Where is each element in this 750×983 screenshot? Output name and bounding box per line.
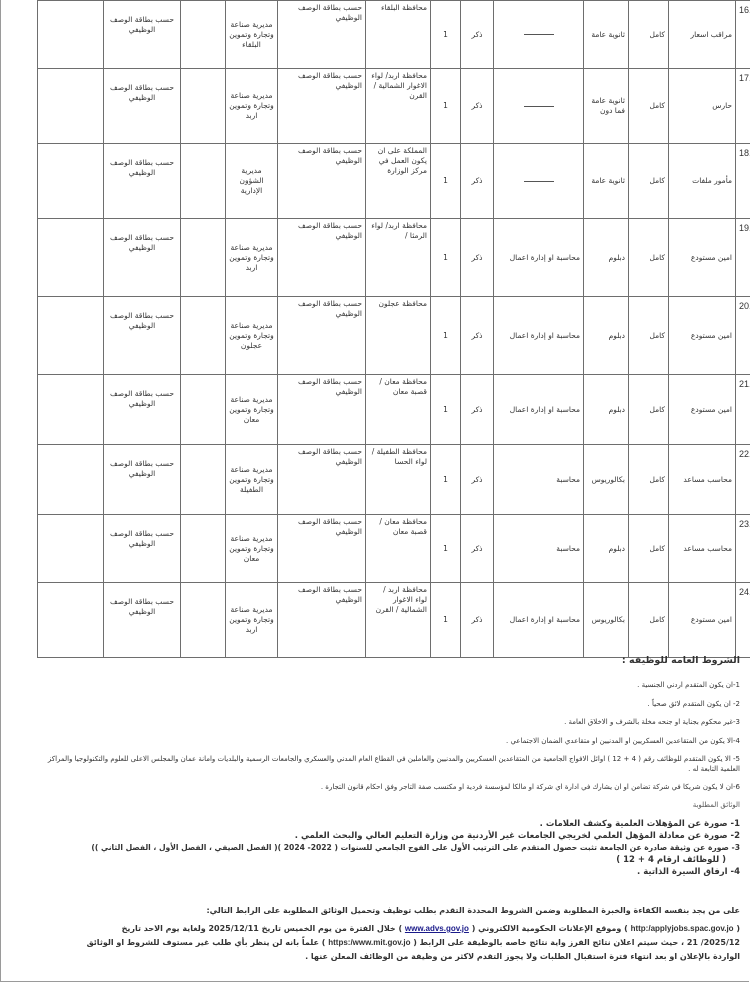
empty-dash — [524, 181, 554, 182]
location-cell: المملكة على ان يكون العمل في مركز الوزار… — [366, 144, 431, 219]
directorate-cell: مديرية صناعة وتجارة وتموين اربد — [226, 219, 278, 297]
experience-cell: حسب بطاقة الوصف الوظيفي — [278, 144, 366, 219]
job-title-cell: مراقب اسعار — [669, 1, 736, 69]
table-row: حسب بطاقة الوصف الوظيفيمديرية صناعة وتجا… — [38, 219, 750, 297]
directorate-cell: مديرية الشؤون الإدارية — [226, 144, 278, 219]
footer-line-1: ( http:/applyjobs.spac.gov.jo ) وموقع ال… — [8, 922, 740, 936]
row-number: 20. — [736, 297, 750, 375]
employment-type-cell: كامل — [629, 297, 669, 375]
blank-cell — [181, 583, 226, 658]
job-title-cell: حارس — [669, 69, 736, 144]
table-row: حسب بطاقة الوصف الوظيفيمديرية صناعة وتجا… — [38, 515, 750, 583]
blank-cell — [38, 297, 104, 375]
blank-cell — [181, 219, 226, 297]
job-title-cell: امين مستودع — [669, 375, 736, 445]
job-title-cell: مأمور ملفات — [669, 144, 736, 219]
table-row: حسب بطاقة الوصف الوظيفيمديرية صناعة وتجا… — [38, 1, 750, 69]
job-title-cell: امين مستودع — [669, 297, 736, 375]
blank-cell — [38, 69, 104, 144]
condition-2: 2- ان يكون المتقدم لائق صحياً . — [648, 699, 741, 709]
qualification-cell: دبلوم — [584, 219, 629, 297]
salary-cell: حسب بطاقة الوصف الوظيفي — [104, 144, 181, 219]
directorate-cell: مديرية صناعة وتجارة وتموين البلقاء — [226, 1, 278, 69]
row-number: 22. — [736, 445, 750, 515]
location-cell: محافظة معان / قصبة معان — [366, 515, 431, 583]
document-1: 1- صورة عن المؤهلات العلمية وكشف العلاما… — [91, 818, 740, 830]
employment-type-cell: كامل — [629, 445, 669, 515]
count-cell: 1 — [431, 297, 461, 375]
gender-cell: ذكر — [461, 144, 494, 219]
general-conditions-title: الشروط العامه للوظيفه : — [622, 656, 740, 666]
qualification-cell: دبلوم — [584, 375, 629, 445]
footer-intro: على من يجد بنفسه الكفاءة والخبرة المطلوب… — [8, 904, 740, 918]
specialization-cell — [494, 69, 584, 144]
salary-cell: حسب بطاقة الوصف الوظيفي — [104, 515, 181, 583]
qualification-cell: بكالوريوس — [584, 445, 629, 515]
job-title-cell: امين مستودع — [669, 583, 736, 658]
empty-dash — [524, 106, 554, 107]
blank-cell — [38, 445, 104, 515]
experience-cell: حسب بطاقة الوصف الوظيفي — [278, 445, 366, 515]
qualification-cell: ثانوية عامة — [584, 144, 629, 219]
specialization-cell: محاسبة او إدارة اعمال — [494, 297, 584, 375]
directorate-cell: مديرية صناعة وتجارة وتموين عجلون — [226, 297, 278, 375]
count-cell: 1 — [431, 375, 461, 445]
location-cell: محافظة معان / قصبة معان — [366, 375, 431, 445]
location-cell: محافظة اربد/ لواء الاغوار الشمالية / الق… — [366, 69, 431, 144]
footer-line-2: 2025/12/ 21 ، حيث سيتم اعلان نتائج الفرز… — [8, 936, 740, 950]
specialization-cell: محاسبة او إدارة اعمال — [494, 219, 584, 297]
qualification-cell: دبلوم — [584, 515, 629, 583]
location-cell: محافظة اربد / لواء الاغوار الشمالية / ال… — [366, 583, 431, 658]
gender-cell: ذكر — [461, 219, 494, 297]
apply-link[interactable]: http:/applyjobs.spac.gov.jo — [631, 924, 734, 933]
blank-cell — [181, 375, 226, 445]
salary-cell: حسب بطاقة الوصف الوظيفي — [104, 375, 181, 445]
blank-cell — [38, 219, 104, 297]
table-row: حسب بطاقة الوصف الوظيفيمديرية الشؤون الإ… — [38, 144, 750, 219]
count-cell: 1 — [431, 1, 461, 69]
table-row: حسب بطاقة الوصف الوظيفيمديرية صناعة وتجا… — [38, 445, 750, 515]
directorate-cell: مديرية صناعة وتجارة وتموين اربد — [226, 69, 278, 144]
location-cell: محافظة اربد/ لواء الرمثا / — [366, 219, 431, 297]
row-number: 21. — [736, 375, 750, 445]
required-documents-title: الوثائق المطلوبة — [693, 800, 740, 810]
gender-cell: ذكر — [461, 1, 494, 69]
count-cell: 1 — [431, 69, 461, 144]
location-cell: محافظة عجلون — [366, 297, 431, 375]
location-cell: محافظة البلقاء — [366, 1, 431, 69]
directorate-cell: مديرية صناعة وتجارة وتموين معان — [226, 515, 278, 583]
salary-cell: حسب بطاقة الوصف الوظيفي — [104, 1, 181, 69]
salary-cell: حسب بطاقة الوصف الوظيفي — [104, 445, 181, 515]
salary-cell: حسب بطاقة الوصف الوظيفي — [104, 219, 181, 297]
salary-cell: حسب بطاقة الوصف الوظيفي — [104, 69, 181, 144]
count-cell: 1 — [431, 583, 461, 658]
specialization-cell — [494, 144, 584, 219]
blank-cell — [181, 69, 226, 144]
blank-cell — [38, 1, 104, 69]
location-cell: محافظة الطفيلة / لواء الحسا — [366, 445, 431, 515]
blank-cell — [38, 144, 104, 219]
qualification-cell: ثانوية عامة — [584, 1, 629, 69]
document-3: 3- صورة عن وثيقة صادرة عن الجامعة تثبت ح… — [91, 842, 740, 854]
gender-cell: ذكر — [461, 375, 494, 445]
experience-cell: حسب بطاقة الوصف الوظيفي — [278, 375, 366, 445]
gender-cell: ذكر — [461, 583, 494, 658]
blank-cell — [181, 297, 226, 375]
blank-cell — [38, 515, 104, 583]
jobs-table: حسب بطاقة الوصف الوظيفيمديرية صناعة وتجا… — [37, 0, 750, 658]
row-number: 18. — [736, 144, 750, 219]
qualification-cell: بكالوريوس — [584, 583, 629, 658]
table-row: حسب بطاقة الوصف الوظيفيمديرية صناعة وتجا… — [38, 583, 750, 658]
employment-type-cell: كامل — [629, 583, 669, 658]
condition-6: 6-ان لا يكون شريكا في شركة تضامن او ان ي… — [321, 782, 740, 792]
job-title-cell: محاسب مساعد — [669, 515, 736, 583]
ads-link[interactable]: www.advs.gov.jo — [405, 924, 469, 933]
blank-cell — [181, 1, 226, 69]
specialization-cell: محاسبة او إدارة اعمال — [494, 375, 584, 445]
row-number: 23. — [736, 515, 750, 583]
salary-cell: حسب بطاقة الوصف الوظيفي — [104, 583, 181, 658]
gender-cell: ذكر — [461, 297, 494, 375]
experience-cell: حسب بطاقة الوصف الوظيفي — [278, 69, 366, 144]
required-documents-list: 1- صورة عن المؤهلات العلمية وكشف العلاما… — [91, 818, 740, 878]
job-title-cell: امين مستودع — [669, 219, 736, 297]
gender-cell: ذكر — [461, 445, 494, 515]
count-cell: 1 — [431, 144, 461, 219]
row-number: 17. — [736, 69, 750, 144]
specialization-cell: محاسبة او إدارة اعمال — [494, 583, 584, 658]
employment-type-cell: كامل — [629, 375, 669, 445]
document-4: 4- ارفاق السيرة الذاتية . — [91, 866, 740, 878]
condition-1: 1-ان يكون المتقدم اردني الجنسية . — [637, 680, 740, 690]
experience-cell: حسب بطاقة الوصف الوظيفي — [278, 1, 366, 69]
qualification-cell: ثانوية عامة فما دون — [584, 69, 629, 144]
condition-4: 4-الا يكون من المتقاعدين العسكريين او ال… — [506, 736, 740, 746]
experience-cell: حسب بطاقة الوصف الوظيفي — [278, 515, 366, 583]
directorate-cell: مديرية صناعة وتجارة وتموين اربد — [226, 583, 278, 658]
mit-link[interactable]: https:/www.mit.gov.jo — [328, 938, 410, 947]
employment-type-cell: كامل — [629, 69, 669, 144]
row-number: 19. — [736, 219, 750, 297]
footer-line-3: الواردة بالإعلان او بعد انتهاء فترة استق… — [8, 950, 740, 964]
blank-cell — [181, 515, 226, 583]
blank-cell — [181, 445, 226, 515]
gender-cell: ذكر — [461, 69, 494, 144]
specialization-cell: محاسبة — [494, 445, 584, 515]
employment-type-cell: كامل — [629, 515, 669, 583]
blank-cell — [181, 144, 226, 219]
count-cell: 1 — [431, 445, 461, 515]
employment-type-cell: كامل — [629, 144, 669, 219]
row-number: 24. — [736, 583, 750, 658]
directorate-cell: مديرية صناعة وتجارة وتموين الطفيلة — [226, 445, 278, 515]
application-instructions: على من يجد بنفسه الكفاءة والخبرة المطلوب… — [8, 904, 740, 964]
job-title-cell: محاسب مساعد — [669, 445, 736, 515]
experience-cell: حسب بطاقة الوصف الوظيفي — [278, 583, 366, 658]
salary-cell: حسب بطاقة الوصف الوظيفي — [104, 297, 181, 375]
specialization-cell: محاسبة — [494, 515, 584, 583]
employment-type-cell: كامل — [629, 1, 669, 69]
count-cell: 1 — [431, 515, 461, 583]
employment-type-cell: كامل — [629, 219, 669, 297]
directorate-cell: مديرية صناعة وتجارة وتموين معان — [226, 375, 278, 445]
table-row: حسب بطاقة الوصف الوظيفيمديرية صناعة وتجا… — [38, 69, 750, 144]
specialization-cell — [494, 1, 584, 69]
empty-dash — [524, 34, 554, 35]
gender-cell: ذكر — [461, 515, 494, 583]
document-3-note: ( للوظائف ارقام 4 + 12 ) — [91, 854, 740, 866]
condition-3: 3-غير محكوم بجناية او جنحه مخلة بالشرف و… — [564, 717, 740, 727]
row-number: 16. — [736, 1, 750, 69]
experience-cell: حسب بطاقة الوصف الوظيفي — [278, 219, 366, 297]
experience-cell: حسب بطاقة الوصف الوظيفي — [278, 297, 366, 375]
document-2: 2- صورة عن معادلة المؤهل العلمي لخريجي ا… — [91, 830, 740, 842]
blank-cell — [38, 375, 104, 445]
qualification-cell: دبلوم — [584, 297, 629, 375]
table-row: حسب بطاقة الوصف الوظيفيمديرية صناعة وتجا… — [38, 375, 750, 445]
condition-5: 5- الا يكون المتقدم للوظائف رقم ( 4 + 12… — [30, 754, 740, 774]
count-cell: 1 — [431, 219, 461, 297]
table-row: حسب بطاقة الوصف الوظيفيمديرية صناعة وتجا… — [38, 297, 750, 375]
blank-cell — [38, 583, 104, 658]
